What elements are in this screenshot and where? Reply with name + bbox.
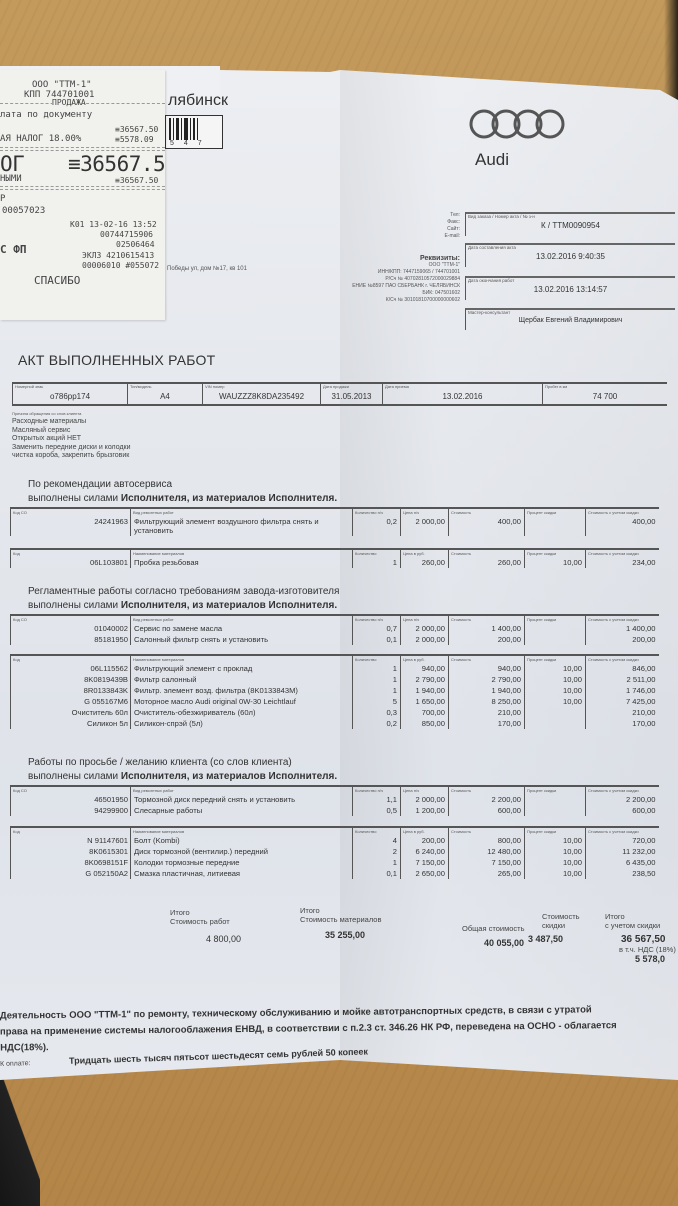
column-header: Вид ремонтных работ	[131, 508, 353, 516]
label: скидки	[542, 921, 580, 930]
column-header: Стоимость	[449, 655, 525, 663]
label: Стоимость работ	[170, 917, 241, 926]
works-table: Код СОВид ремонтных работКоличество н/чЦ…	[10, 614, 659, 645]
cell-total: 170,00	[586, 718, 659, 729]
receipt-total-value: ≡36567.50	[68, 152, 165, 176]
cell-total: 210,00	[586, 707, 659, 718]
receipt-cashless-value: ≡36567.50	[115, 176, 158, 185]
cell-cost: 12 480,00	[449, 846, 525, 857]
audi-rings-logo	[468, 104, 568, 144]
table-row: Силикон 5лСиликон-спрэй (5л)0,2850,00170…	[11, 718, 659, 729]
receipt-vat-value: ≡5578.09	[115, 135, 154, 144]
column-header: Вид ремонтных работ	[131, 786, 353, 794]
requisites-line: ЕНИЕ №8597 ПАО СБЕРБАНК г. ЧЕЛЯБИНСК	[290, 283, 460, 290]
qty-value: 0,7	[386, 624, 397, 633]
code-value: 06L103801	[90, 558, 128, 567]
discount-value: 10,00	[563, 847, 582, 856]
cell-price: 260,00	[401, 557, 449, 568]
price-value: 850,00	[422, 719, 445, 728]
total-value: 7 425,00	[626, 697, 656, 706]
code-value: 94299900	[94, 806, 128, 815]
model-cell: Тип/модельA4	[127, 384, 202, 404]
column-header: Вид ремонтных работ	[131, 615, 353, 623]
cell-price: 6 240,00	[401, 846, 449, 857]
price-value: 2 650,00	[415, 869, 445, 878]
column-header: Код	[11, 655, 131, 663]
cell-code: G 052150A2	[11, 868, 131, 879]
name-value: Болт (Kombi)	[134, 836, 180, 845]
table-row: N 91147601Болт (Kombi)4200,00800,0010,00…	[11, 835, 659, 846]
cell-discount: 10,00	[525, 696, 586, 707]
name-value: Смазка пластичная, литиевая	[134, 869, 240, 878]
cell-cost: 1 400,00	[449, 623, 525, 634]
qty-value: 5	[393, 697, 397, 706]
code-value: 8K0698151F	[85, 858, 129, 867]
table-row: 01040002Сервис по замене масла0,72 000,0…	[11, 623, 659, 634]
overall-total: Общая стоимость 40 055,00	[462, 924, 525, 948]
total-value: 210,00	[632, 708, 655, 717]
works-total-value: 4 800,00	[206, 934, 241, 944]
cell-total: 7 425,00	[586, 696, 659, 707]
field-label: Дата приема	[383, 384, 542, 389]
cell-discount: 10,00	[525, 868, 586, 879]
cell-cost: 200,00	[449, 634, 525, 645]
cost-value: 600,00	[498, 806, 521, 815]
column-header: Стоимость с учетом скидки	[586, 508, 659, 516]
code-value: N 91147601	[87, 836, 128, 845]
cost-value: 265,00	[498, 869, 521, 878]
qty-value: 1	[393, 558, 397, 567]
brand-name: Audi	[475, 150, 509, 170]
works-total: Итого Стоимость работ 4 800,00	[170, 908, 241, 944]
cell-discount: 10,00	[525, 846, 586, 857]
cell-total: 234,00	[586, 557, 659, 568]
receipt-vat-label: АЯ НАЛОГ 18.00%	[0, 134, 81, 144]
discount-value: 10,00	[563, 858, 582, 867]
column-header: Стоимость	[449, 615, 525, 623]
cell-discount	[525, 718, 586, 729]
cell-cost: 8 250,00	[449, 696, 525, 707]
cell-name: Слесарные работы	[131, 805, 353, 816]
price-value: 1 940,00	[415, 686, 445, 695]
code-value: G 055167M6	[84, 697, 128, 706]
pay-label: К оплате:	[0, 1060, 31, 1068]
table-row: 8K0615301Диск тормозной (вентилир.) пере…	[11, 846, 659, 857]
plate-cell: Номерной знако786рр174	[12, 384, 127, 404]
section-title: Работы по просьбе / желанию клиента (со …	[28, 756, 337, 784]
name-value: Салонный фильтр снять и установить	[134, 635, 268, 644]
cell-name: Смазка пластичная, литиевая	[131, 868, 353, 879]
table-row: 8K0698151FКолодки тормозные передние17 1…	[11, 857, 659, 868]
cost-value: 1 400,00	[491, 624, 521, 633]
column-header: Стоимость с учетом скидки	[586, 615, 659, 623]
vin: WAUZZZ8K8DA235492	[203, 392, 320, 401]
cell-qty: 1,1	[353, 794, 401, 805]
column-header: Стоимость с учетом скидки	[586, 827, 659, 835]
title-part-bold: Исполнителя, из материалов Исполнителя.	[121, 771, 337, 782]
qty-value: 1	[393, 858, 397, 867]
requisites-line: БИК: 047501602	[290, 290, 460, 297]
section-title-line2: выполнены силами Исполнителя, из материа…	[28, 770, 337, 784]
discount-value: 10,00	[563, 697, 582, 706]
requisites: Реквизиты: ООО "ТТМ-1" ИНН/КПП: 74471590…	[290, 255, 460, 304]
cell-code: 8K0819439B	[11, 674, 131, 685]
cell-qty: 5	[353, 696, 401, 707]
label: с учетом скидки	[605, 921, 676, 930]
code-value: 24241963	[94, 517, 128, 526]
table-row: G 052150A2Смазка пластичная, литиевая0,1…	[11, 868, 659, 879]
code-value: 46501950	[94, 795, 128, 804]
receipt-fp: С ФП	[0, 243, 27, 256]
label: Стоимость материалов	[300, 915, 381, 924]
column-header: Стоимость с учетом скидки	[586, 655, 659, 663]
table-header: Код СОВид ремонтных работКоличество н/чЦ…	[11, 786, 659, 794]
cell-name: Диск тормозной (вентилир.) передний	[131, 846, 353, 857]
cell-name: Очиститель-обезжириватель (60л)	[131, 707, 353, 718]
comment-line: Расходные материалы	[12, 418, 131, 426]
table-header: КодНаименование материаловКоличествоЦена…	[11, 827, 659, 835]
cell-name: Фильтр салонный	[131, 674, 353, 685]
cell-code: 8K0615301	[11, 846, 131, 857]
materials-table: КодНаименование материаловКоличествоЦена…	[10, 548, 659, 568]
code-value: Очиститель 60л	[72, 708, 128, 717]
section-title-line2: выполнены силами Исполнителя, из материа…	[28, 492, 337, 506]
total-value: 2 200,00	[626, 795, 656, 804]
column-header: Цена н/ч	[401, 508, 449, 516]
name-value: Фильтрующий элемент с проклад	[134, 664, 252, 673]
cell-cost: 265,00	[449, 868, 525, 879]
name-value: Фильтрующий элемент воздушного фильтра с…	[134, 517, 319, 526]
cell-code: G 055167M6	[11, 696, 131, 707]
column-header: Процент скидки	[525, 508, 586, 516]
price-value: 260,00	[422, 558, 445, 567]
cell-name: Фильтрующий элемент с проклад	[131, 663, 353, 674]
master-box: Мастер-консультант Щербак Евгений Владим…	[465, 308, 675, 330]
cell-discount: 10,00	[525, 663, 586, 674]
cell-qty: 0,2	[353, 718, 401, 729]
cell-qty: 0,5	[353, 805, 401, 816]
cell-cost: 210,00	[449, 707, 525, 718]
code-value: Силикон 5л	[87, 719, 128, 728]
materials-total: Итого Стоимость материалов 35 255,00	[300, 906, 381, 940]
name-value: Силикон-спрэй (5л)	[134, 719, 203, 728]
cost-value: 800,00	[498, 836, 521, 845]
cell-qty: 0,7	[353, 623, 401, 634]
qty-value: 0,1	[386, 635, 397, 644]
cell-code: 06L115562	[11, 663, 131, 674]
qty-value: 0,2	[386, 719, 397, 728]
table-row: G 055167M6Моторное масло Audi original 0…	[11, 696, 659, 707]
column-header: Стоимость с учетом скидки	[586, 786, 659, 794]
act-date: 13.02.2016 9:40:35	[466, 252, 675, 261]
name-value: Сервис по замене масла	[134, 624, 222, 633]
cost-value: 400,00	[498, 517, 521, 526]
city-fragment: лябинск	[168, 92, 228, 110]
qty-value: 1	[393, 675, 397, 684]
address-fragment: Победы ул, дом №17, кв 101	[167, 266, 247, 272]
receipt-payment-doc: лата по документу	[0, 110, 92, 120]
cost-value: 170,00	[498, 719, 521, 728]
mileage-cell: Пробег в км74 700	[542, 384, 667, 404]
cost-value: 8 250,00	[491, 697, 521, 706]
act-date-box: Дата составления акта 13.02.2016 9:40:35	[465, 243, 675, 267]
section-title: Регламентные работы согласно требованиям…	[28, 585, 339, 613]
cost-value: 7 150,00	[491, 858, 521, 867]
column-header: Цена н/ч	[401, 615, 449, 623]
cell-discount	[525, 707, 586, 718]
receipt-thanks: СПАСИБО	[34, 274, 80, 287]
reception-date: 13.02.2016	[383, 392, 542, 401]
table-header: КодНаименование материаловКоличествоЦена…	[11, 655, 659, 663]
materials-table: КодНаименование материаловКоличествоЦена…	[10, 826, 659, 879]
table-header: Код СОВид ремонтных работКоличество н/чЦ…	[11, 615, 659, 623]
cell-price: 7 150,00	[401, 857, 449, 868]
total-value: 170,00	[632, 719, 655, 728]
cell-code: N 91147601	[11, 835, 131, 846]
price-value: 7 150,00	[415, 858, 445, 867]
cell-qty: 2	[353, 846, 401, 857]
total-value: 400,00	[632, 517, 655, 526]
receipt-p: P	[0, 194, 5, 204]
code-value: 8K0615301	[89, 847, 128, 856]
cell-price: 2 790,00	[401, 674, 449, 685]
receipt-company: ООО "ТТМ-1"	[32, 80, 92, 90]
works-table: Код СОВид ремонтных работКоличество н/чЦ…	[10, 785, 659, 816]
receipt-sale: ПРОДАЖА	[52, 98, 86, 107]
receipt-eklz: ЭКЛЗ 4210615413	[82, 251, 154, 260]
comment-line: Заменить передние диски и колодки	[12, 444, 131, 452]
model: A4	[128, 392, 202, 401]
cell-price: 940,00	[401, 663, 449, 674]
code-value: 01040002	[94, 624, 128, 633]
cell-cost: 940,00	[449, 663, 525, 674]
code-value: 8R0133843K	[84, 686, 128, 695]
section-title-line1: Регламентные работы согласно требованиям…	[28, 585, 339, 599]
total-value: 238,50	[632, 869, 655, 878]
table-row: 8R0133843KФильтр. элемент возд. фильтра …	[11, 685, 659, 696]
column-header: Код	[11, 549, 131, 557]
requisites-line: Р/Сч № 40702810572000029884	[290, 276, 460, 283]
discount-value: 10,00	[563, 675, 582, 684]
barcode: 547	[165, 115, 223, 149]
price-value: 200,00	[422, 836, 445, 845]
cost-value: 940,00	[498, 664, 521, 673]
column-header: Код	[11, 827, 131, 835]
cell-qty: 1	[353, 685, 401, 696]
field-label: Дата составления акта	[466, 245, 675, 250]
cell-price: 200,00	[401, 835, 449, 846]
table-header: Код СОВид ремонтных работКоличество н/чЦ…	[11, 508, 659, 516]
contact-labels: Тел: Факс: Сайт: E-mail:	[400, 212, 460, 240]
table-row: 06L103801Пробка резьбовая1260,00260,0010…	[11, 557, 659, 568]
table-row: 06L115562Фильтрующий элемент с проклад19…	[11, 663, 659, 674]
cell-name: Сервис по замене масла	[131, 623, 353, 634]
column-header: Наименование материалов	[131, 549, 353, 557]
cell-discount	[525, 623, 586, 634]
label: Итого	[605, 912, 676, 921]
mileage: 74 700	[543, 392, 667, 401]
cell-name: Фильтрующий элемент воздушного фильтра с…	[131, 516, 353, 536]
name-value: Пробка резьбовая	[134, 558, 199, 567]
cell-discount: 10,00	[525, 557, 586, 568]
title-part-bold: Исполнителя, из материалов Исполнителя.	[121, 493, 337, 504]
column-header: Цена н/ч	[401, 786, 449, 794]
email-label: E-mail:	[400, 233, 460, 240]
column-header: Количество н/ч	[353, 615, 401, 623]
field-label: Тип/модель	[128, 384, 202, 389]
qty-value: 0,3	[386, 708, 397, 717]
cost-value: 12 480,00	[487, 847, 521, 856]
price-value: 2 000,00	[415, 795, 445, 804]
column-header: Количество	[353, 827, 401, 835]
requisites-line: К/Сч № 30101810700000000602	[290, 297, 460, 304]
fax-label: Факс:	[400, 219, 460, 226]
qty-value: 2	[393, 847, 397, 856]
cell-total: 846,00	[586, 663, 659, 674]
cost-value: 1 940,00	[491, 686, 521, 695]
column-header: Количество	[353, 549, 401, 557]
label: Итого	[170, 908, 241, 917]
cell-total: 1 400,00	[586, 623, 659, 634]
overall-total-value: 40 055,00	[484, 938, 525, 948]
requisites-line: ИНН/КПП: 7447159065 / 744701001	[290, 269, 460, 276]
price-value: 1 200,00	[415, 806, 445, 815]
column-header: Код СО	[11, 508, 131, 516]
discount-total-value: 3 487,50	[528, 934, 580, 944]
master-name: Щербак Евгений Владимирович	[466, 317, 675, 324]
name-value: Очиститель-обезжириватель (60л)	[134, 708, 256, 717]
receipt-datetime: К01 13-02-16 13:52	[70, 220, 157, 229]
cell-discount	[525, 805, 586, 816]
table-row: Очиститель 60лОчиститель-обезжириватель …	[11, 707, 659, 718]
discount-value: 10,00	[563, 869, 582, 878]
final-total: Итого с учетом скидки 36 567,50 в т.ч. Н…	[605, 912, 676, 964]
total-value: 2 511,00	[627, 675, 656, 684]
column-header: Стоимость	[449, 549, 525, 557]
site-label: Сайт:	[400, 226, 460, 233]
vat-value: 5 578,0	[635, 954, 676, 964]
cell-total: 6 435,00	[586, 857, 659, 868]
cell-code: 8R0133843K	[11, 685, 131, 696]
cell-cost: 400,00	[449, 516, 525, 536]
reception-date-cell: Дата приема13.02.2016	[382, 384, 542, 404]
cell-price: 2 000,00	[401, 634, 449, 645]
name-continued: установить	[134, 526, 349, 535]
receipt-kpk: 00006010 #055072	[82, 261, 159, 270]
requisites-title: Реквизиты:	[290, 255, 460, 262]
total-value: 200,00	[632, 635, 655, 644]
title-part-bold: Исполнителя, из материалов Исполнителя.	[121, 600, 337, 611]
materials-total-value: 35 255,00	[325, 930, 381, 940]
qty-value: 1	[393, 686, 397, 695]
comment-line: Открытых акций НЕТ	[12, 435, 131, 443]
finish-date-box: Дата окончания работ 13.02.2016 13:14:57	[465, 276, 675, 300]
table-row: 94299900Слесарные работы0,51 200,00600,0…	[11, 805, 659, 816]
receipt-cashless-label: НЫМИ	[0, 174, 22, 184]
price-value: 1 650,00	[415, 697, 445, 706]
name-value: Фильтр. элемент возд. фильтра (8K0133843…	[134, 686, 298, 695]
order-number-box: Вид заказа / Номер акта / № з-н К / ТТМ0…	[465, 212, 675, 236]
cell-name: Тормозной диск передний снять и установи…	[131, 794, 353, 805]
column-header: Стоимость	[449, 786, 525, 794]
code-value: G 052150A2	[85, 869, 128, 878]
table-row: 85181950Салонный фильтр снять и установи…	[11, 634, 659, 645]
label: Общая стоимость	[462, 924, 525, 933]
cell-name: Колодки тормозные передние	[131, 857, 353, 868]
name-value: Диск тормозной (вентилир.) передний	[134, 847, 268, 856]
name-value: Фильтр салонный	[134, 675, 196, 684]
column-header: Процент скидки	[525, 549, 586, 557]
cell-total: 11 232,00	[586, 846, 659, 857]
finish-date: 13.02.2016 13:14:57	[466, 285, 675, 294]
order-number: К / ТТМ0090954	[466, 221, 675, 230]
price-value: 6 240,00	[415, 847, 445, 856]
cell-discount	[525, 516, 586, 536]
cell-code: Силикон 5л	[11, 718, 131, 729]
cell-discount	[525, 634, 586, 645]
materials-table: КодНаименование материаловКоличествоЦена…	[10, 654, 659, 729]
client-comments: Причина обращения со слов клиента Расход…	[12, 410, 131, 460]
discount-value: 10,00	[563, 686, 582, 695]
cell-code: Очиститель 60л	[11, 707, 131, 718]
comment-line: Масляный сервис	[12, 427, 131, 435]
cell-price: 1 940,00	[401, 685, 449, 696]
cell-name: Болт (Kombi)	[131, 835, 353, 846]
document-title: АКТ ВЫПОЛНЕННЫХ РАБОТ	[18, 352, 215, 368]
cell-discount: 10,00	[525, 685, 586, 696]
total-value: 11 232,00	[622, 847, 655, 856]
price-value: 2 790,00	[415, 675, 445, 684]
table-row: 46501950Тормозной диск передний снять и …	[11, 794, 659, 805]
column-header: Процент скидки	[525, 615, 586, 623]
section-title-line2: выполнены силами Исполнителя, из материа…	[28, 599, 339, 613]
price-value: 2 000,00	[415, 624, 445, 633]
column-header: Наименование материалов	[131, 655, 353, 663]
cell-qty: 0,1	[353, 634, 401, 645]
table-row: 8K0819439BФильтр салонный12 790,002 790,…	[11, 674, 659, 685]
cell-qty: 1	[353, 857, 401, 868]
vehicle-info: Номерной знако786рр174 Тип/модельA4 VIN …	[12, 382, 667, 406]
code-value: 85181950	[94, 635, 128, 644]
cell-total: 1 746,00	[586, 685, 659, 696]
cell-qty: 1	[353, 674, 401, 685]
receipt-doc-num: 02506464	[116, 240, 155, 249]
title-part: выполнены силами	[28, 493, 121, 504]
column-header: Цена в руб.	[401, 827, 449, 835]
barcode-digits: 547	[170, 140, 212, 147]
label: Стоимость	[542, 912, 580, 921]
cell-code: 46501950	[11, 794, 131, 805]
section-title: По рекомендации автосервиса выполнены си…	[28, 478, 337, 506]
cell-code: 94299900	[11, 805, 131, 816]
comments-label: Причина обращения со слов клиента	[12, 410, 131, 418]
cell-total: 400,00	[586, 516, 659, 536]
cell-discount: 10,00	[525, 857, 586, 868]
cost-value: 200,00	[498, 635, 521, 644]
final-total-value: 36 567,50	[621, 934, 676, 945]
price-value: 2 000,00	[415, 517, 445, 526]
cell-price: 2 000,00	[401, 794, 449, 805]
column-header: Стоимость	[449, 508, 525, 516]
cell-name: Моторное масло Audi original 0W-30 Leich…	[131, 696, 353, 707]
cell-price: 2 650,00	[401, 868, 449, 879]
column-header: Цена в руб.	[401, 655, 449, 663]
cell-name: Салонный фильтр снять и установить	[131, 634, 353, 645]
cell-qty: 4	[353, 835, 401, 846]
discount-value: 10,00	[563, 836, 582, 845]
section-title-line1: По рекомендации автосервиса	[28, 478, 337, 492]
column-header: Код СО	[11, 615, 131, 623]
